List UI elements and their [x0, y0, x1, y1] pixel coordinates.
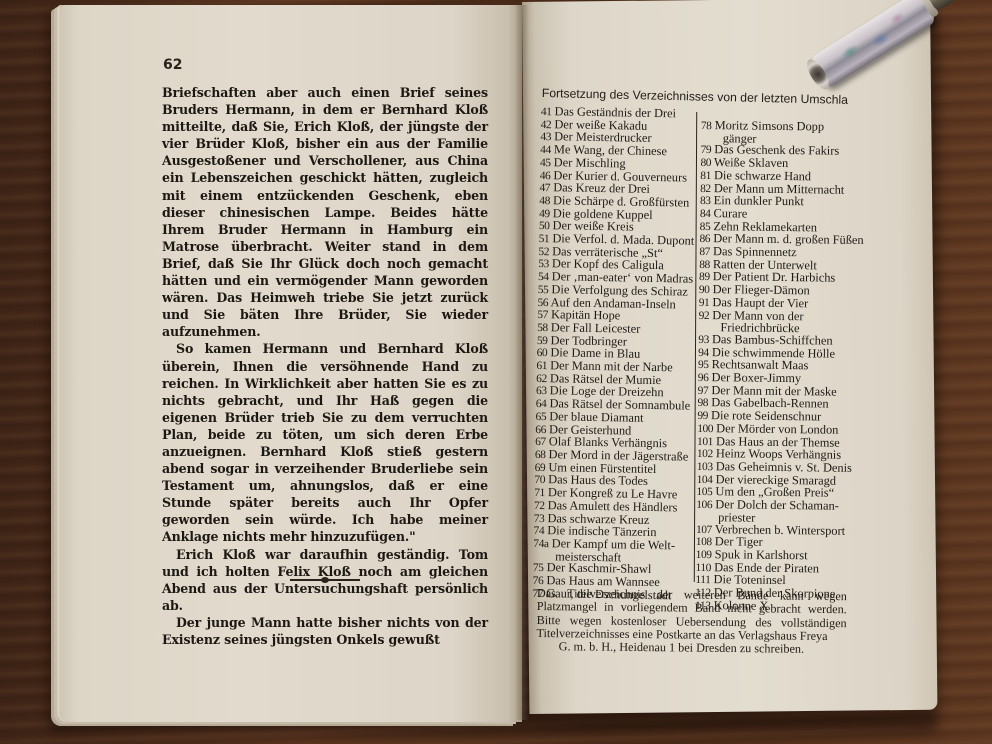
toc-entry-number: 94: [698, 348, 709, 360]
toc-entry-number: 69: [535, 463, 546, 475]
toc-entry-number: 42: [541, 120, 552, 132]
toc-entry-number: 50: [539, 221, 550, 233]
toc-entry-number: 90: [699, 285, 710, 297]
toc-entry-number: 43: [540, 132, 551, 144]
toc-entry-number: 95: [698, 360, 709, 372]
toc-entry-number: 68: [535, 450, 546, 462]
toc-entry-number: 103: [697, 462, 713, 474]
toc-entry-number: 56: [537, 298, 548, 310]
toc-entry-number: 72: [534, 501, 545, 513]
toc-entry-number: 58: [537, 323, 548, 335]
toc-entry-number: 82: [700, 184, 711, 196]
toc-entry-number: 104: [697, 475, 713, 487]
toc-entry-number: 67: [535, 437, 546, 449]
toc-entry-number: 70: [534, 475, 545, 487]
toc-entry-number: 66: [535, 425, 546, 437]
toc-entry-number: 52: [538, 247, 549, 259]
toc-entry-number: 105: [696, 487, 712, 499]
toc-right-column: 78 Moritz Simsons Doppgänger79 Das Gesch…: [695, 120, 865, 614]
publisher-notice: Das Titelverzeichnis der weiteren Bände …: [536, 587, 847, 657]
notice-body: Das Titelverzeichnis der weiteren Bände …: [536, 586, 847, 643]
toc-entry-number: 100: [697, 424, 713, 436]
toc-entry-number: 96: [698, 373, 709, 385]
toc-entry-number: 85: [700, 222, 711, 234]
toc-entry-number: 59: [537, 336, 548, 348]
toc-entry-number: 54: [538, 272, 549, 284]
toc-entry-number: 102: [697, 449, 713, 461]
toc-entry-number: 60: [537, 348, 548, 360]
toc-entry-number: 91: [699, 298, 710, 310]
toc-entry-number: 45: [540, 158, 551, 170]
paragraph: So kamen Hermann und Bernhard Kloß übere…: [162, 340, 488, 545]
toc-entry-number: 63: [536, 386, 547, 398]
toc-entry-number: 65: [535, 412, 546, 424]
toc-entry-number: 110: [695, 563, 711, 575]
toc-entry-number: 107: [696, 524, 712, 536]
paragraph: Der junge Mann hatte bisher nichts von d…: [162, 614, 488, 648]
toc-entry-number: 49: [539, 209, 550, 221]
toc-entry-number: 64: [536, 399, 547, 411]
toc-entry-number: 97: [698, 386, 709, 398]
page-number: 62: [163, 57, 182, 73]
toc-entry-number: 55: [538, 285, 549, 297]
chapter-end-ornament: [290, 577, 360, 583]
toc-entry-number: 79: [701, 145, 712, 157]
toc-entry-number: 44: [540, 145, 551, 157]
toc-entry-number: 86: [699, 234, 710, 246]
toc-entry-number: 87: [699, 247, 710, 259]
toc-entry-number: 98: [697, 398, 708, 410]
toc-entry-number: 57: [537, 310, 548, 322]
paragraph: Briefschaften aber auch einen Brief sein…: [162, 84, 488, 340]
toc-entry-number: 101: [697, 437, 713, 449]
toc-entry-number: 88: [699, 260, 710, 272]
toc-entry-number: 108: [696, 537, 712, 549]
toc-entry-number: 83: [700, 196, 711, 208]
toc-entry-number: 109: [696, 550, 712, 562]
toc-entry-number: 71: [534, 488, 545, 500]
toc-entry-number: 48: [539, 196, 550, 208]
toc-entry-number: 99: [697, 411, 708, 423]
book-gutter: [515, 5, 529, 720]
left-page-body: Briefschaften aber auch einen Brief sein…: [162, 84, 488, 648]
toc-entry-number: 74: [533, 526, 544, 538]
toc-entry-number: 93: [698, 335, 709, 347]
toc-left-column: 41 Das Geständnis der Drei42 Der weiße K…: [532, 106, 696, 603]
toc-entry-number: 51: [539, 234, 550, 246]
toc-entry-number: 84: [700, 209, 711, 221]
toc-entry-number: 80: [700, 158, 711, 170]
toc-entry-number: 47: [539, 183, 550, 195]
toc-entry-number: 111: [695, 575, 710, 587]
toc-entry-number: 53: [538, 259, 549, 271]
toc-entry-number: 41: [541, 107, 552, 119]
toc-entry-number: 75: [533, 563, 544, 575]
toc-entry-number: 46: [540, 171, 551, 183]
toc-entry-number: 81: [700, 171, 711, 183]
toc-entry-number: 89: [699, 272, 710, 284]
toc-entry-number: 73: [534, 513, 545, 525]
toc-entry-number: 62: [536, 374, 547, 386]
toc-entry-number: 61: [536, 361, 547, 373]
